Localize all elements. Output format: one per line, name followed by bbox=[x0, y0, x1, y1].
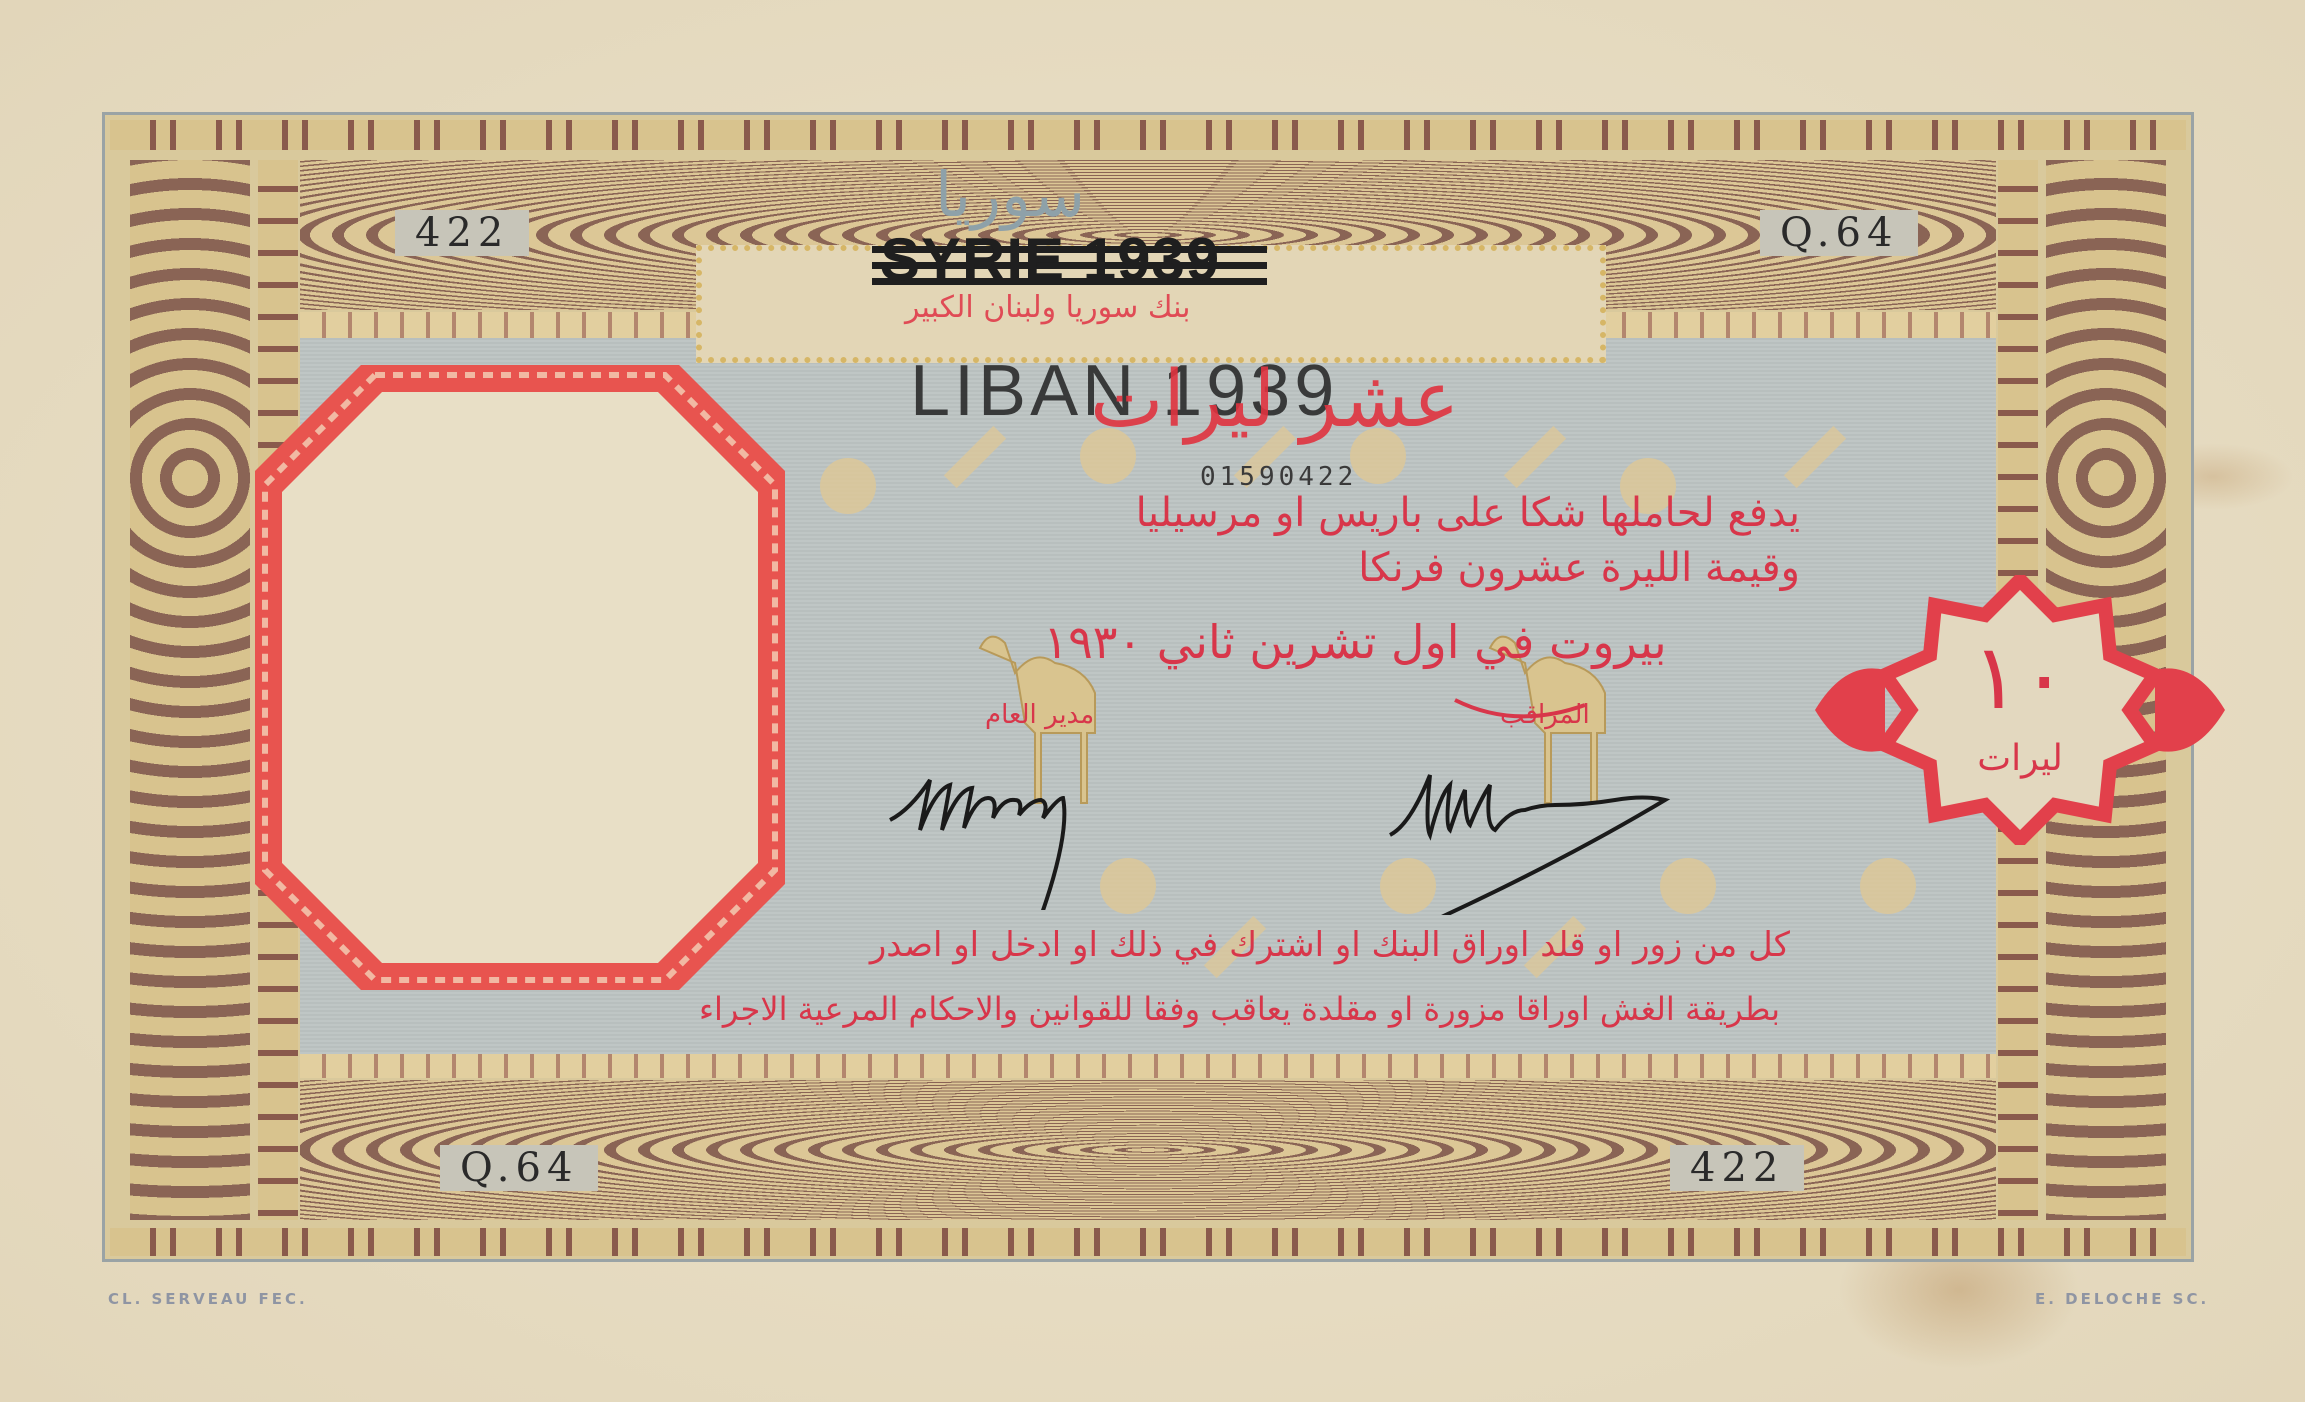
date-line: بيروت في اول تشرين ثاني ١٩٣٠ bbox=[940, 615, 1770, 669]
warning-line-2: بطريقة الغش اوراقا مزورة او مقلدة يعاقب … bbox=[880, 990, 1780, 1028]
issuer-arabic: بنك سوريا ولبنان الكبير bbox=[905, 290, 1191, 325]
prefix-top-right: Q.64 bbox=[1780, 210, 1898, 256]
prefix-bottom-right-box: 422 bbox=[1670, 1145, 1804, 1191]
warning-line-1: كل من زور او قلد اوراق البنك او اشترك في… bbox=[920, 925, 1790, 965]
flower-motif bbox=[820, 458, 876, 514]
country-arabic: سوريا bbox=[935, 158, 1085, 231]
serial-number: 01590422 bbox=[1200, 462, 1357, 492]
signature-left bbox=[880, 750, 1140, 910]
watermark-window bbox=[255, 365, 785, 990]
denomination-unit: ليرات bbox=[1940, 738, 2100, 779]
flower-motif bbox=[1860, 858, 1916, 914]
diagonal-motif bbox=[1784, 426, 1846, 488]
diagonal-motif bbox=[1504, 426, 1566, 488]
prefix-top-left-box: 422 bbox=[395, 210, 529, 256]
promise-line-1: يدفع لحاملها شكا على باريس او مرسيليا bbox=[880, 490, 1800, 536]
signatory-left-title: مدير العام bbox=[985, 700, 1094, 730]
denomination-arabic: عشر ليرات bbox=[1090, 355, 1459, 445]
prefix-top-left: 422 bbox=[415, 210, 509, 256]
signatory-underline bbox=[1450, 695, 1590, 725]
bottom-border-band bbox=[110, 1228, 2186, 1256]
denomination-numeral: ١٠ bbox=[1940, 625, 2100, 730]
prefix-bottom-left: Q.64 bbox=[460, 1145, 578, 1191]
engraver-left: CL. SERVEAU FEC. bbox=[108, 1290, 308, 1308]
bottom-scallop-border bbox=[300, 1054, 1996, 1078]
left-ornament-column bbox=[130, 160, 250, 1220]
prefix-bottom-right: 422 bbox=[1690, 1145, 1784, 1191]
promise-line-2: وقيمة الليرة عشرون فرنكا bbox=[880, 545, 1800, 591]
diagonal-motif bbox=[944, 426, 1006, 488]
prefix-bottom-left-box: Q.64 bbox=[440, 1145, 598, 1191]
signature-right bbox=[1380, 755, 1790, 915]
prefix-top-right-box: Q.64 bbox=[1760, 210, 1918, 256]
original-title: SYRIE 1939 bbox=[880, 225, 1220, 294]
engraver-right: E. DELOCHE SC. bbox=[2035, 1290, 2209, 1308]
top-border-band bbox=[110, 120, 2186, 150]
